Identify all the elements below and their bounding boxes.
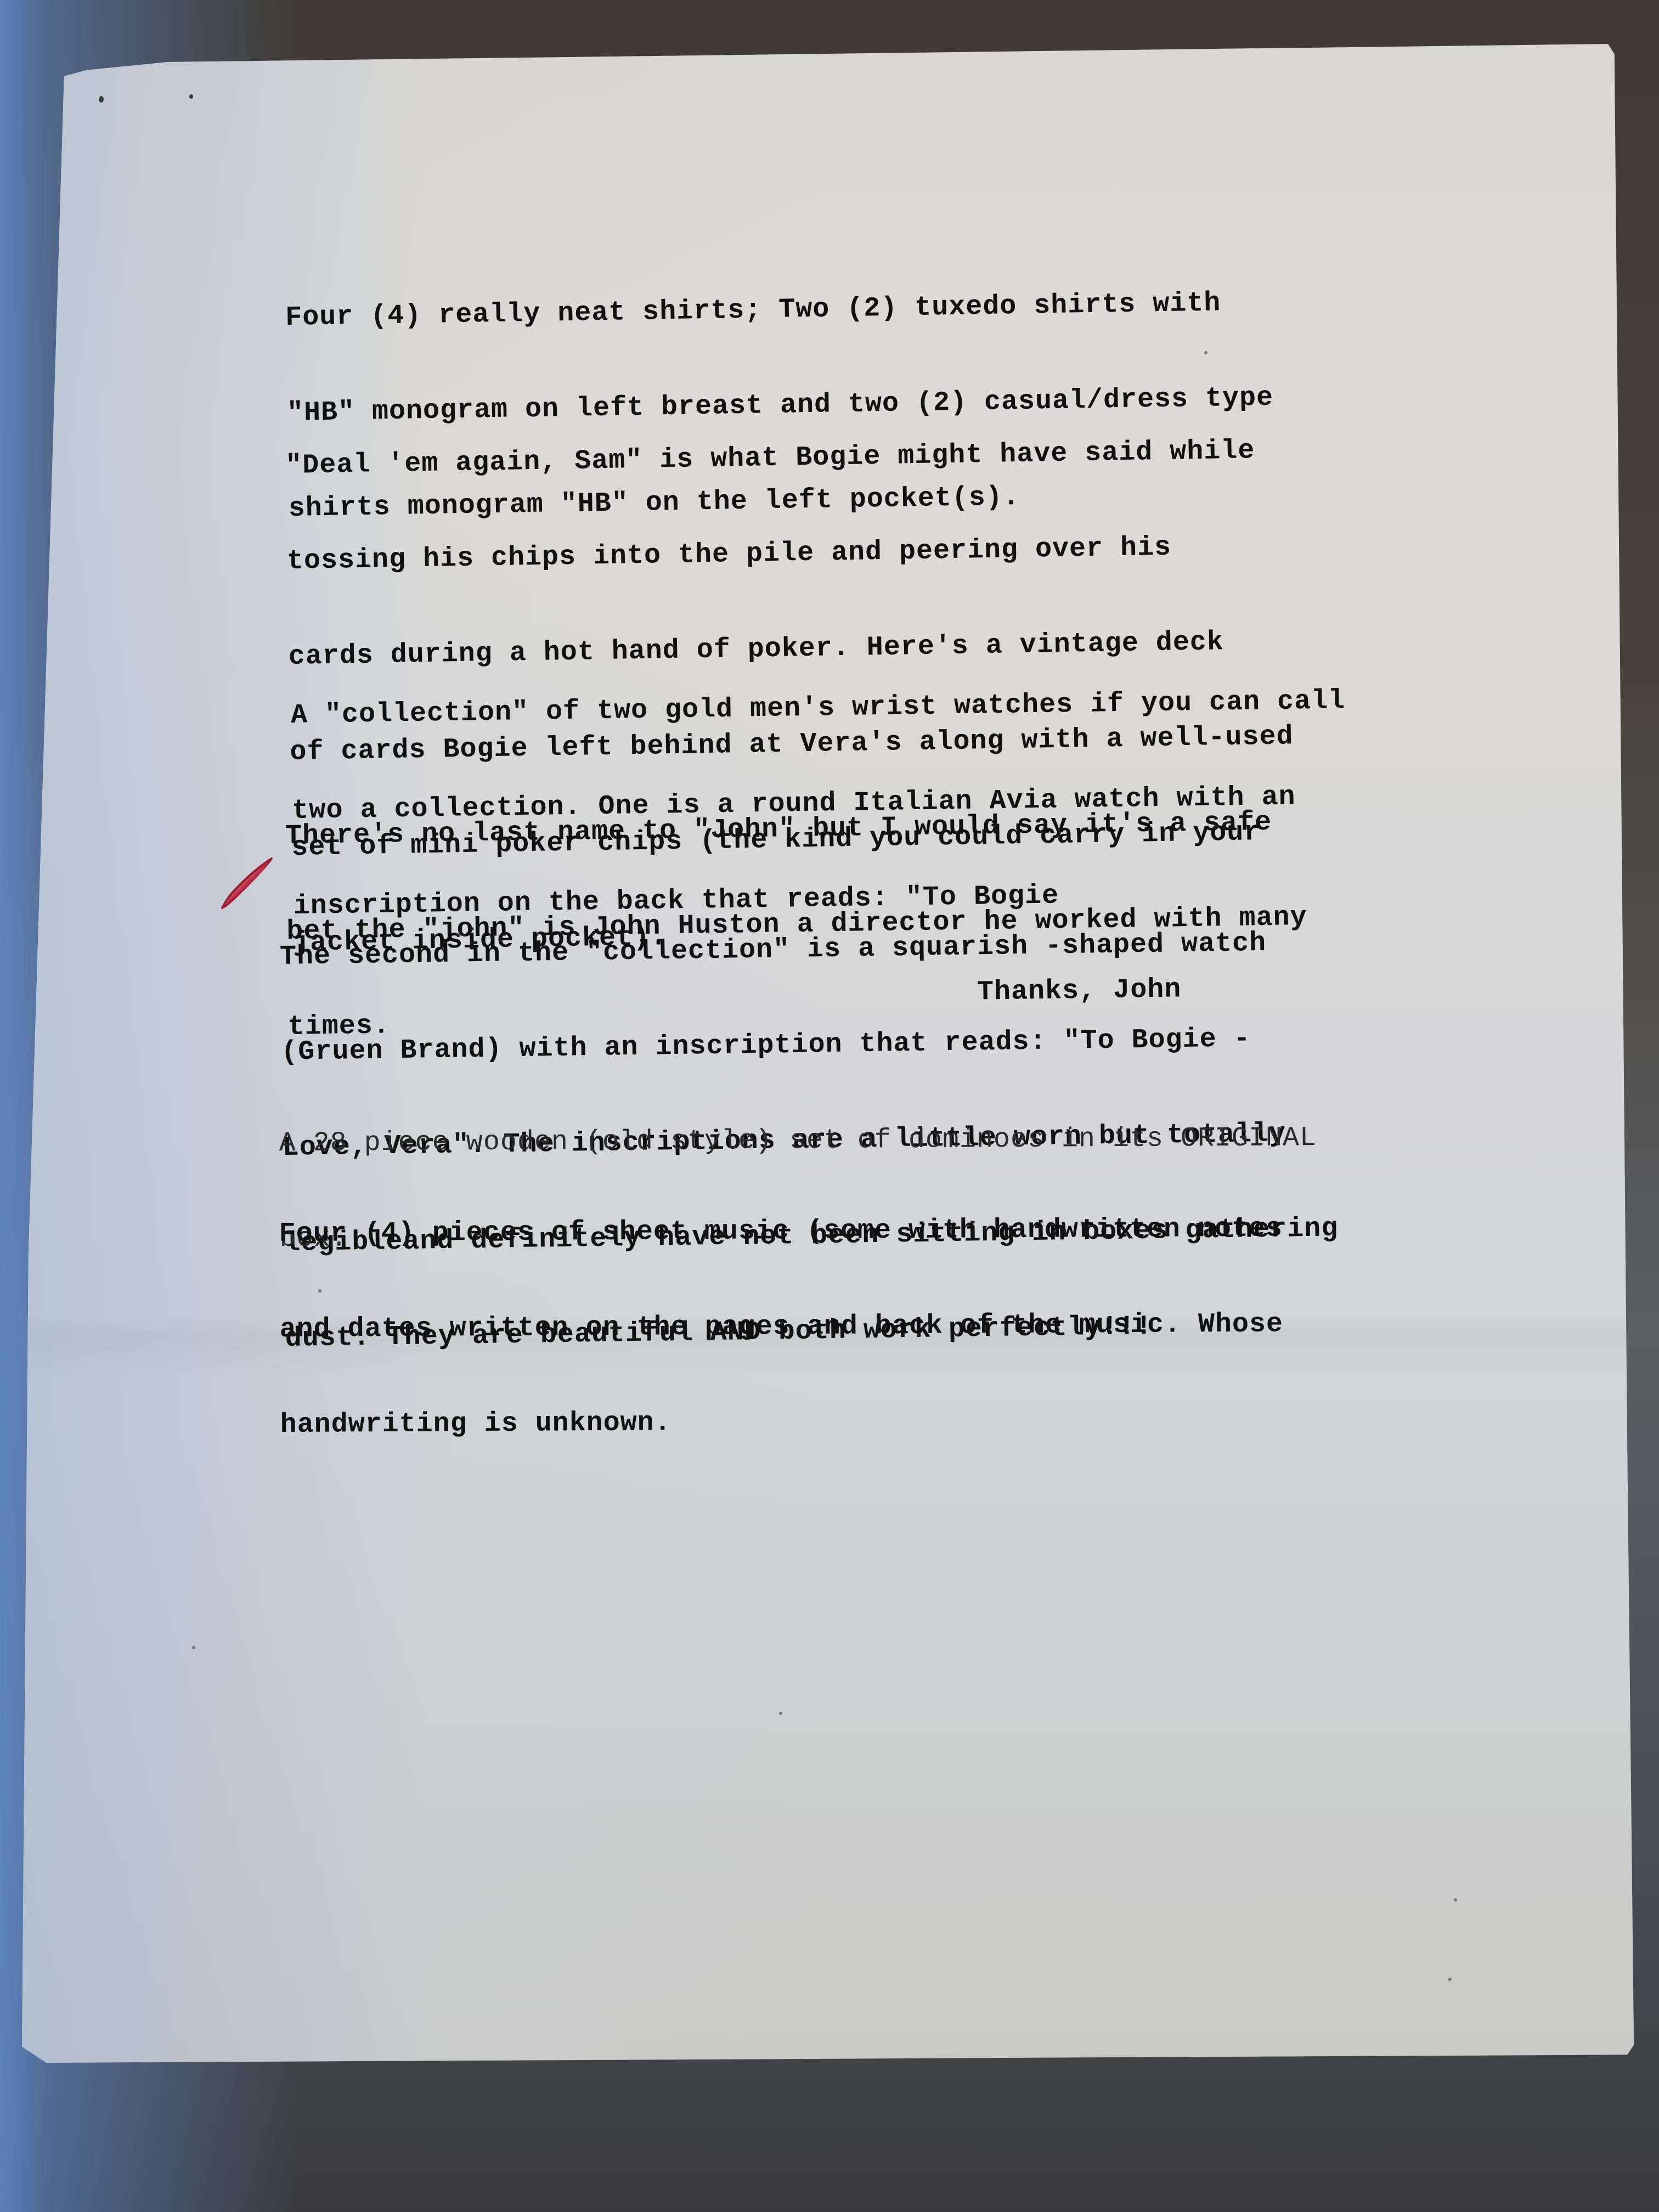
text-line: The second in the "collection" is a squa… [280, 927, 1335, 973]
text-line: handwriting is unknown. [280, 1404, 1284, 1441]
text-line: tossing his chips into the pile and peer… [287, 530, 1291, 578]
paragraph-sheet-music: Four (4) pieces of sheet music (some wit… [279, 1149, 1284, 1505]
text-line: and dates written on the pages and back … [280, 1308, 1284, 1346]
text-line: Four (4) really neat shirts; Two (2) tux… [285, 287, 1272, 334]
text-line: "Deal 'em again, Sam" is what Bogie migh… [285, 435, 1289, 482]
text-line: Four (4) pieces of sheet music (some wit… [279, 1213, 1283, 1250]
text-line: There's no last name to "John" but I wou… [285, 806, 1306, 853]
paper-sheet: Four (4) really neat shirts; Two (2) tux… [22, 44, 1640, 2063]
typewritten-document: Four (4) really neat shirts; Two (2) tux… [22, 44, 1640, 2063]
red-check-mark-icon [217, 853, 277, 913]
text-line: A "collection" of two gold men's wrist w… [291, 685, 1346, 732]
